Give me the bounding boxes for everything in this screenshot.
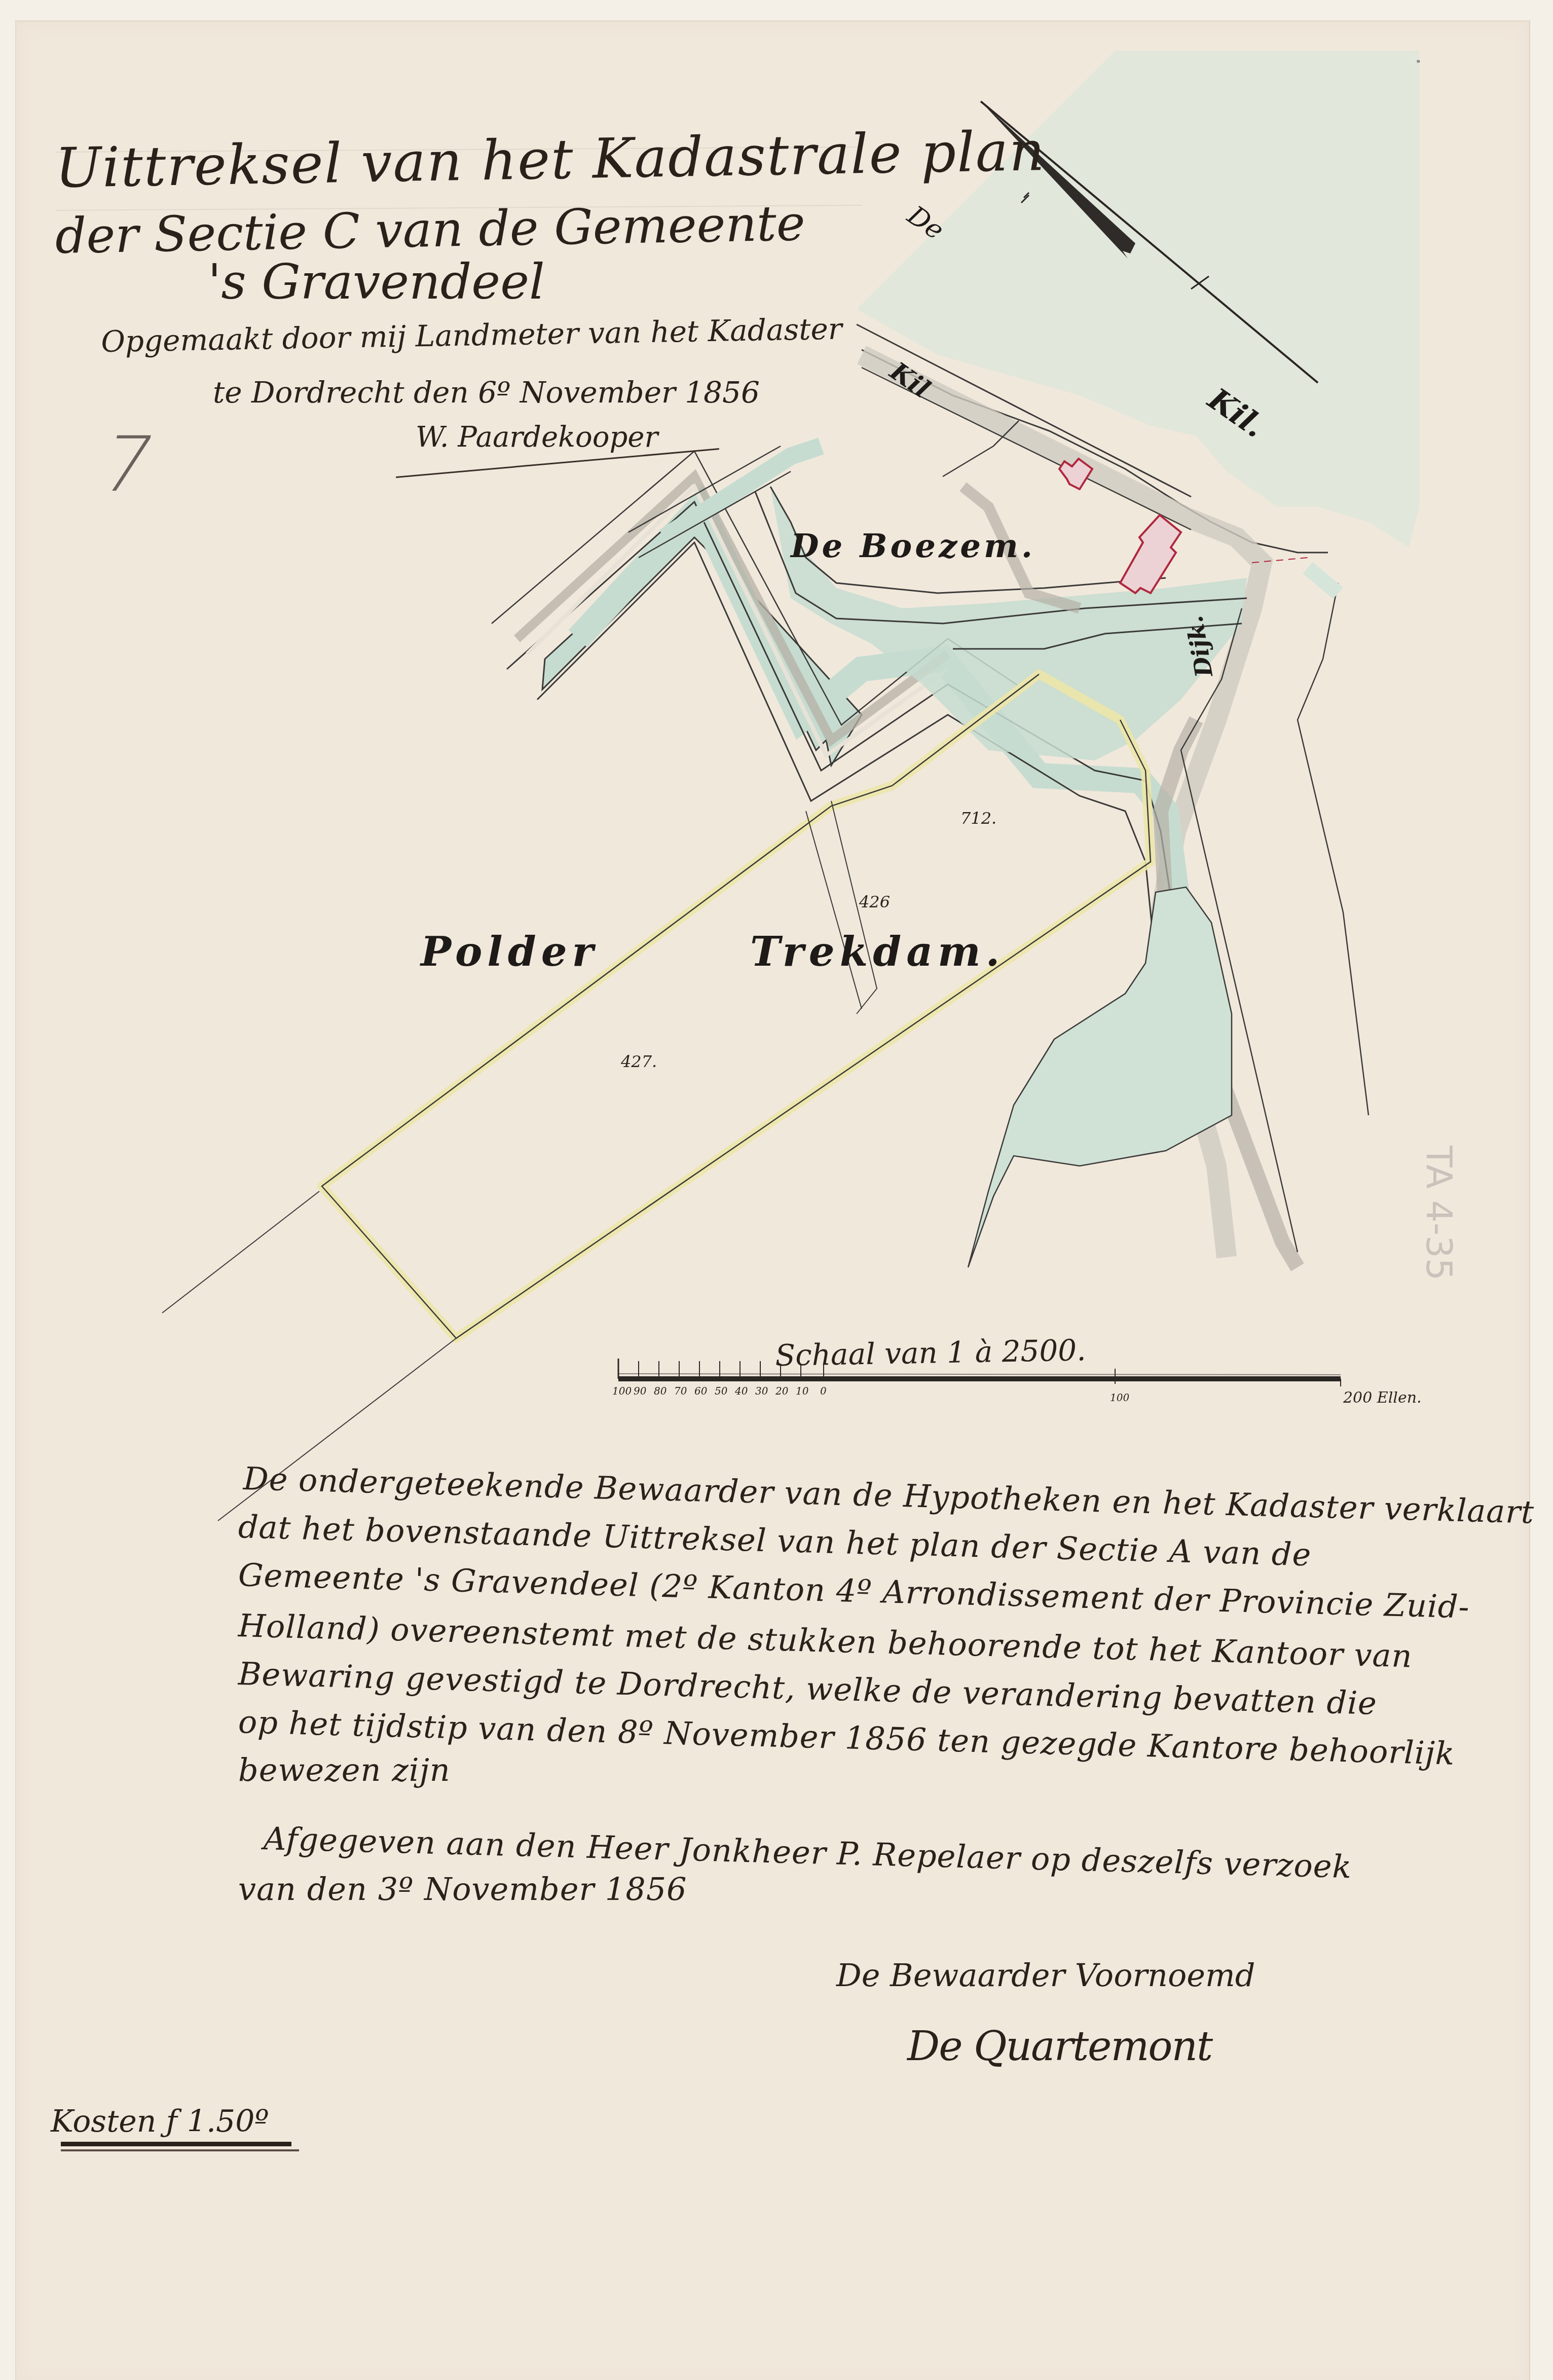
scale-tick: 20 bbox=[775, 1385, 788, 1397]
parcel-number-426: 426 bbox=[859, 892, 890, 911]
scale-tick: 10 bbox=[796, 1385, 808, 1397]
margin-pencil-note: TA 4-35 bbox=[1418, 1146, 1460, 1280]
scale-tick: 40 bbox=[735, 1385, 748, 1397]
scale-tick: 60 bbox=[694, 1385, 707, 1397]
costs-underline-2 bbox=[61, 2149, 299, 2151]
label-polder: Polder bbox=[421, 928, 599, 975]
scale-tick: 50 bbox=[715, 1385, 727, 1397]
scale-title: Schaal van 1 à 2500. bbox=[775, 1333, 1086, 1373]
costs-note: Kosten ƒ 1.50º bbox=[51, 2104, 269, 2139]
registrar-signature: De Quartemont bbox=[907, 2023, 1212, 2070]
parcel-number-712: 712. bbox=[960, 809, 996, 828]
closing-text: De Bewaarder Voornoemd bbox=[836, 1957, 1255, 1994]
made-date-line: te Dordrecht den 6º November 1856 bbox=[213, 375, 760, 410]
scale-tick-mid: 100 bbox=[1110, 1392, 1129, 1404]
pond bbox=[968, 887, 1232, 1267]
scale-unit: 200 Ellen. bbox=[1343, 1389, 1422, 1407]
label-trekdam: Trekdam. bbox=[750, 928, 1005, 975]
surveyor-signature: W. Paardekooper bbox=[416, 421, 658, 454]
parcel-number-427: 427. bbox=[621, 1052, 657, 1071]
scale-tick: 0 bbox=[820, 1385, 827, 1397]
cadastral-map bbox=[0, 0, 1553, 2380]
scale-tick: 100 bbox=[612, 1385, 632, 1397]
scale-tick: 80 bbox=[654, 1385, 667, 1397]
costs-underline bbox=[61, 2142, 291, 2146]
scale-tick: 70 bbox=[674, 1385, 687, 1397]
label-boezem: De Boezem. bbox=[791, 527, 1036, 565]
scale-tick: 30 bbox=[755, 1385, 768, 1397]
scale-tick: 90 bbox=[634, 1385, 646, 1397]
title-line-3: 's Gravendeel bbox=[208, 253, 545, 310]
certificate-line: van den 3º November 1856 bbox=[238, 1871, 687, 1908]
building-large bbox=[1120, 515, 1181, 593]
certificate-line: bewezen zijn bbox=[238, 1751, 451, 1788]
